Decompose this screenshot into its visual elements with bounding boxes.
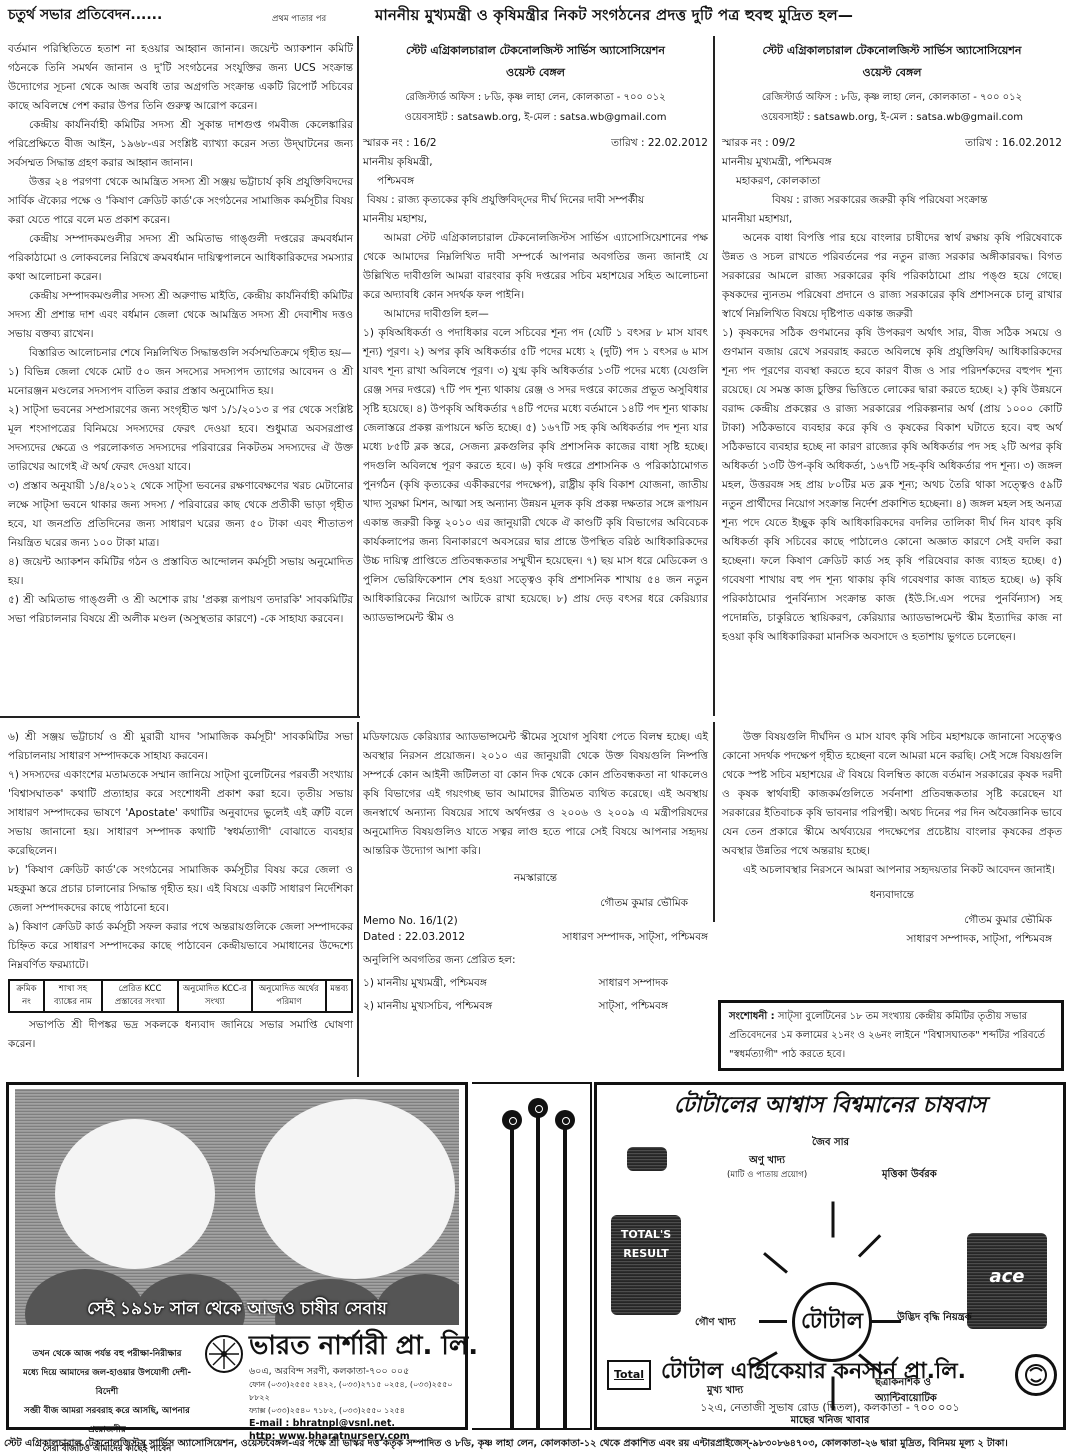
meeting-report-continued: ৬) শ্রী সঞ্জয় ভট্টাচার্য ও শ্রী মুরারী … — [8, 728, 353, 1054]
sign-off: নমস্কারান্তে — [363, 869, 708, 888]
vegetable-photo: সেই ১৯১৮ সাল থেকে আজও চাষীর সেবায় — [15, 1089, 459, 1325]
decision-item: ৬) শ্রী সঞ্জয় ভট্টাচার্য ও শ্রী মুরারী … — [8, 728, 353, 766]
nursery-contact: ৬০এ, অরবিন্দ সরণী, কলকাতা-৭০০ ০০৫ ফোন (০… — [249, 1365, 465, 1443]
spoke-label-main: অণু খাদ্য — [727, 1153, 807, 1168]
copy-to-item: ১) মাননীয় মুখ্যমন্ত্রী, পশ্চিমবঙ্গ সাধা… — [363, 974, 708, 993]
nursery-company-name: ভারত নার্শারী প্রা. লি. — [249, 1329, 478, 1363]
letter-body: উক্ত বিষয়গুলি দীর্ঘদিন ও মাস যাবৎ কৃষি … — [722, 728, 1062, 861]
total-company-name: টোটাল এগ্রিকেয়ার কনসার্ন প্রা.লি. — [661, 1352, 966, 1392]
report-title: চতুর্থ সভার প্রতিবেদন...... — [8, 6, 162, 25]
decorative-flowers — [472, 1082, 592, 1430]
table-header-row: ক্রমিক নং শাখা সহ ব্যাঙ্কের নাম প্রেরিত … — [9, 980, 352, 1012]
signatory-designation: সাধারণ সম্পাদক, সাট্‌সা, পশ্চিমবঙ্গ — [722, 930, 1062, 949]
memo-row: স্মারক নং : 09/2 তারিখ : 16.02.2012 — [722, 134, 1062, 153]
table-header-cell: প্রেরিত KCC প্রস্তাবের সংখ্যা — [102, 980, 178, 1012]
org-region: ওয়েস্ট বেঙ্গল — [722, 62, 1062, 84]
ad-total-title: টোটালের আশ্বাস বিশ্বমানের চাষবাস — [597, 1091, 1063, 1121]
closing-paragraph: সভাপতি শ্রী দীপঙ্কর ভদ্র সকলকে ধন্যবাদ জ… — [8, 1016, 353, 1054]
org-name: স্টেট এগ্রিকালচারাল টেকনোলজিস্ট সার্ভিস … — [722, 40, 1062, 62]
spoke-label: জৈব সার — [812, 1133, 849, 1152]
report-paragraph: বর্তমান পরিস্থিতিতে হতাশ না হওয়ার আহ্বা… — [8, 40, 353, 116]
table-header-cell: অনুমোদিত অর্থের পরিমাণ — [252, 980, 327, 1012]
table-header-cell: শাখা সহ ব্যাঙ্কের নাম — [44, 980, 102, 1012]
memo-number: স্মারক নং : 09/2 — [722, 134, 796, 153]
letter-agri-minister: স্টেট এগ্রিকালচারাল টেকনোলজিস্ট সার্ভিস … — [363, 40, 708, 628]
total-company-strip: Total টোটাল এগ্রিকেয়ার কনসার্ন প্রা.লি.… — [597, 1348, 1063, 1428]
continued-from-note: প্রথম পাতার পর — [272, 10, 326, 29]
letter-chief-minister: স্টেট এগ্রিকালচারাল টেকনোলজিস্ট সার্ভিস … — [722, 40, 1062, 647]
total-address: ১২এ, নেতাজী সুভাষ রোড (দ্বিতল), কলকাতা -… — [597, 1398, 1063, 1417]
report-paragraph: কেন্দ্রীয় কার্যনির্বাহী কমিটির সদস্য শ্… — [8, 116, 353, 173]
column-divider — [357, 36, 359, 716]
memo-copy-date: Dated : 22.03.2012 — [363, 929, 465, 945]
flower-icon — [502, 1110, 522, 1130]
publication-imprint: স্টেট এগ্রিকালচারাল টেকনোলজিস্টস্ সার্ভি… — [4, 1434, 1068, 1453]
table-header-cell: মন্তব্য — [326, 980, 352, 1012]
photo-caption: সেই ১৯১৮ সাল থেকে আজও চাষীর সেবায় — [15, 1300, 459, 1319]
correction-text: সাট্‌সা বুলেটিনের ১৮ তম সংখ্যায় কেন্দ্র… — [729, 1011, 1045, 1060]
column-divider — [713, 722, 715, 922]
letter-subject: বিষয় : রাজ্য সরকারের জরুরী কৃষি পরিষেবা… — [722, 191, 1062, 210]
org-address: রেজিস্টার্ড অফিস : ৮ডি, কৃষ্ণ লাহা লেন, … — [722, 88, 1062, 108]
letter-chief-minister-continued: উক্ত বিষয়গুলি দীর্ঘদিন ও মাস যাবৎ কৃষি … — [722, 728, 1062, 949]
demands-list: ১) কৃষকদের সঠিক গুণমানের কৃষি উপকরণ অর্থ… — [722, 324, 1062, 647]
copy-to-sender: সাধারণ সম্পাদক — [599, 974, 708, 993]
letter-agri-minister-continued: মডিফায়েড কেরিয়্যার অ্যাডভান্সমেন্ট স্ক… — [363, 728, 708, 1016]
table-header-cell: অনুমোদিত KCC-র সংখ্যা — [178, 980, 252, 1012]
recipient-location: মহাকরণ, কোলকাতা — [722, 172, 1062, 191]
org-region: ওয়েস্ট বেঙ্গল — [363, 62, 708, 84]
nursery-email[interactable]: E-mail : bhratnpl@vsnl.net. — [249, 1417, 465, 1430]
copy-to-item: ২) মাননীয় মুখ্যসচিব, পশ্চিমবঙ্গ সাট্‌সা… — [363, 997, 708, 1016]
org-contact: ওয়েবসাইট : satsawb.org, ই-মেল : satsa.w… — [722, 108, 1062, 128]
memo-copy-number: Memo No. 16/1(2) — [363, 913, 465, 929]
correction-notice: সংশোধনী : সাট্‌সা বুলেটিনের ১৮ তম সংখ্যা… — [718, 1000, 1064, 1071]
letter-date: তারিখ : 16.02.2012 — [965, 134, 1062, 153]
report-paragraph: কেন্দ্রীয় সম্পাদকমণ্ডলীর সদস্য শ্রী অরু… — [8, 287, 353, 344]
flower-icon — [528, 1098, 548, 1118]
letter-body: এই অচলাবস্থার নিরসনে আমরা আপনার সহৃদয়তা… — [722, 861, 1062, 880]
meeting-report: বর্তমান পরিস্থিতিতে হতাশ না হওয়ার আহ্বা… — [8, 40, 353, 629]
spoke-label: উদ্ভিদ বৃদ্ধি নিয়ন্ত্রক — [897, 1310, 977, 1326]
page-headline: মাননীয় মুখ্যমন্ত্রী ও কৃষিমন্ত্রীর নিকট… — [375, 6, 1055, 25]
org-contact: ওয়েবসাইট : satsawb.org, ই-মেল : satsa.w… — [363, 108, 708, 128]
decision-item: ৫) শ্রী অমিতাভ গাঙ্গুলী ও শ্রী অশোক রায়… — [8, 591, 353, 629]
copy-to-recipient: ১) মাননীয় মুখ্যমন্ত্রী, পশ্চিমবঙ্গ — [363, 974, 487, 993]
memo-number: স্মারক নং : 16/2 — [363, 134, 437, 153]
spoke-label-sub: (মাটি ও পাতায় প্রয়োগ) — [727, 1168, 807, 1183]
decision-item: ৮) 'কিষাণ ক্রেডিট কার্ড'কে সংগঠনের সামাজ… — [8, 861, 353, 918]
chakra-logo-icon — [205, 1335, 243, 1373]
salutation: মাননীয় মহাশয়, — [363, 210, 708, 229]
decision-item: ৪) জয়েন্ট অ্যাকশন কমিটির গঠন ও প্রস্তাব… — [8, 553, 353, 591]
spoke-label: গৌণ খাদ্য — [695, 1313, 736, 1332]
recipient: মাননীয় মুখ্যমন্ত্রী, পশ্চিমবঙ্গ — [722, 153, 1062, 172]
decision-item: ৭) সদস্যদের একাংশের মতামতকে সম্মান জানিয… — [8, 766, 353, 861]
letter-date: তারিখ : 22.02.2012 — [611, 134, 708, 153]
org-address: রেজিস্টার্ড অফিস : ৮ডি, কৃষ্ণ লাহা লেন, … — [363, 88, 708, 108]
decision-item: ১) বিভিন্ন জেলা থেকে মোট ৫০ জন সদস্যের স… — [8, 363, 353, 401]
demands-list: ১) কৃষিঅধিকর্তা ও পদাধিকার বলে সচিবের শূ… — [363, 324, 708, 628]
blurb-line: মধ্যে দিয়ে আমাদের জল-হাওয়ার উপযোগী দেশ… — [17, 1364, 197, 1402]
section-divider — [0, 716, 360, 718]
tiger-emblem-icon — [1015, 1354, 1057, 1396]
bottle-cap-image — [627, 1147, 667, 1171]
flower-icon — [555, 1110, 575, 1130]
spoke-label: অণু খাদ্য (মাটি ও পাতায় প্রয়োগ) — [727, 1153, 807, 1183]
memo-row: স্মারক নং : 16/2 তারিখ : 22.02.2012 — [363, 134, 708, 153]
copy-to-recipient: ২) মাননীয় মুখ্যসচিব, পশ্চিমবঙ্গ — [363, 997, 492, 1016]
nursery-phone: ফোন (০৩৩)২৫৫৫ ২৪২২, (০৩৩)২৭১৫ ০২৫৪, (০৩৩… — [249, 1378, 465, 1404]
letter-subject: বিষয় : রাজ্য কৃত্যকের কৃষি প্রযুক্তিবিদ… — [363, 191, 708, 210]
bottle-ace-image: ace — [967, 1233, 1047, 1329]
copy-to-title: অনুলিপি অবগতির জন্য প্রেরিত হল: — [363, 951, 708, 970]
org-name: স্টেট এগ্রিকালচারাল টেকনোলজিস্ট সার্ভিস … — [363, 40, 708, 62]
letter-body: আমাদের দাবীগুলি হল— — [363, 305, 708, 324]
report-paragraph: বিস্তারিত আলোচনার শেষে নিম্নলিখিত সিদ্ধা… — [8, 344, 353, 363]
ad-bharat-nursery: সেই ১৯১৮ সাল থেকে আজও চাষীর সেবায় তখন থ… — [6, 1082, 468, 1430]
decision-item: ৩) প্রস্তাব অনুযায়ী ১/৪/২০১২ থেকে সাট্‌… — [8, 477, 353, 553]
signatory-name: গৌতম কুমার ভৌমিক — [363, 894, 708, 913]
report-paragraph: উত্তর ২৪ পরগণা থেকে আমন্ত্রিত সদস্য শ্রী… — [8, 173, 353, 230]
kcc-format-table: ক্রমিক নং শাখা সহ ব্যাঙ্কের নাম প্রেরিত … — [8, 979, 353, 1013]
letter-body: মডিফায়েড কেরিয়্যার অ্যাডভান্সমেন্ট স্ক… — [363, 728, 708, 861]
table-header-cell: ক্রমিক নং — [9, 980, 44, 1012]
bottle-label: ace — [989, 1266, 1024, 1287]
salutation: মাননীয়া মহাশয়া, — [722, 210, 1062, 229]
nursery-address: ৬০এ, অরবিন্দ সরণী, কলকাতা-৭০০ ০০৫ — [249, 1365, 465, 1378]
total-logo-icon: Total — [607, 1360, 651, 1390]
column-divider — [357, 722, 359, 1077]
bottle-result-image: TOTAL'S RESULT — [611, 1215, 681, 1315]
recipient-location: পশ্চিমবঙ্গ — [363, 172, 708, 191]
recipient: মাননীয় কৃষিমন্ত্রী, — [363, 153, 708, 172]
sign-off: ধন্যবাদান্তে — [722, 886, 1062, 905]
correction-label: সংশোধনী : — [729, 1011, 775, 1022]
decision-item: ২) সাট্‌সা ভবনের সম্প্রসারণের জন্য সংগৃহ… — [8, 401, 353, 477]
letter-body: আমরা স্টেট এগ্রিকালচারাল টেকনোলজিস্টস সা… — [363, 229, 708, 305]
spoke-label: মৃত্তিকা উর্বরক — [882, 1165, 937, 1184]
memo-copy-row: Memo No. 16/1(2) Dated : 22.03.2012 সাধা… — [363, 913, 708, 945]
blurb-line: তখন থেকে আজ পর্যন্ত বহু পরীক্ষা-নিরীক্ষা… — [17, 1345, 197, 1364]
signatory-designation: সাধারণ সম্পাদক, সাট্‌সা, পশ্চিমবঙ্গ — [562, 929, 708, 945]
signatory-name: গৌতম কুমার ভৌমিক — [722, 911, 1062, 930]
letter-body: অনেক বাধা বিপত্তি পার হয়ে বাংলার চাষীদে… — [722, 229, 1062, 324]
column-divider — [713, 36, 715, 716]
decision-item: ৯) কিষাণ ক্রেডিট কার্ড কর্মসূচী সফল করার… — [8, 918, 353, 975]
report-paragraph: কেন্দ্রীয় সম্পাদকমণ্ডলীর সদস্য শ্রী অমি… — [8, 230, 353, 287]
nursery-fax: ফ্যাক্স (০৩৩)২৫৪০ ৭১৮২, (০৩৩)২৫৫০ ১২৫৪ — [249, 1404, 465, 1417]
copy-to-sender: সাট্‌সা, পশ্চিমবঙ্গ — [599, 997, 708, 1016]
bottle-label: TOTAL'S RESULT — [621, 1228, 671, 1260]
